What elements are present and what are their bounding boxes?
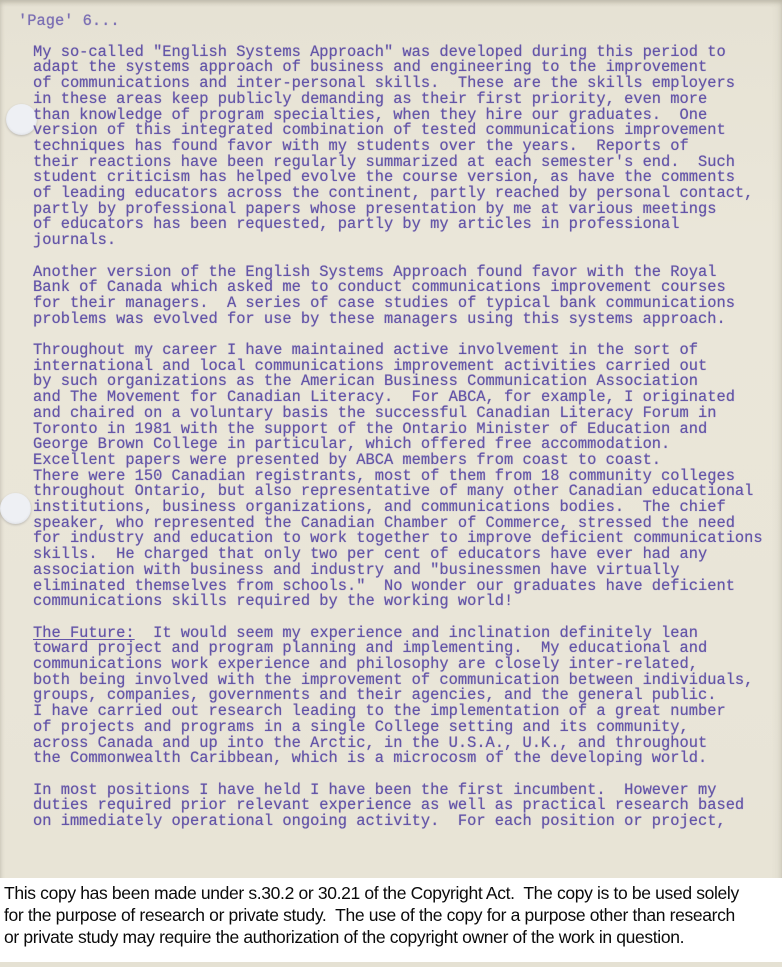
scanned-page: 'Page' 6... My so-called "English System… (0, 0, 782, 967)
paragraph: Throughout my career I have maintained a… (33, 343, 763, 610)
paragraph: Another version of the English Systems A… (33, 265, 763, 328)
future-heading: The Future: (33, 624, 135, 642)
paragraph: My so-called "English Systems Approach" … (33, 45, 763, 249)
typewritten-body: My so-called "English Systems Approach" … (33, 45, 763, 830)
paragraph: The Future: It would seem my experience … (33, 626, 763, 767)
typewritten-text: 'Page' 6... My so-called "English System… (33, 14, 763, 845)
scan-bottom-edge (0, 962, 782, 967)
paragraph: In most positions I have held I have bee… (33, 783, 763, 830)
copyright-notice-line: This copy has been made under s.30.2 or … (0, 882, 782, 904)
copyright-notice-line: or private study may require the authori… (0, 926, 782, 948)
punch-hole-middle (0, 493, 31, 524)
page-number-header: 'Page' 6... (18, 14, 763, 30)
copyright-notice: This copy has been made under s.30.2 or … (0, 878, 782, 962)
copyright-notice-line: for the purpose of research or private s… (0, 904, 782, 926)
